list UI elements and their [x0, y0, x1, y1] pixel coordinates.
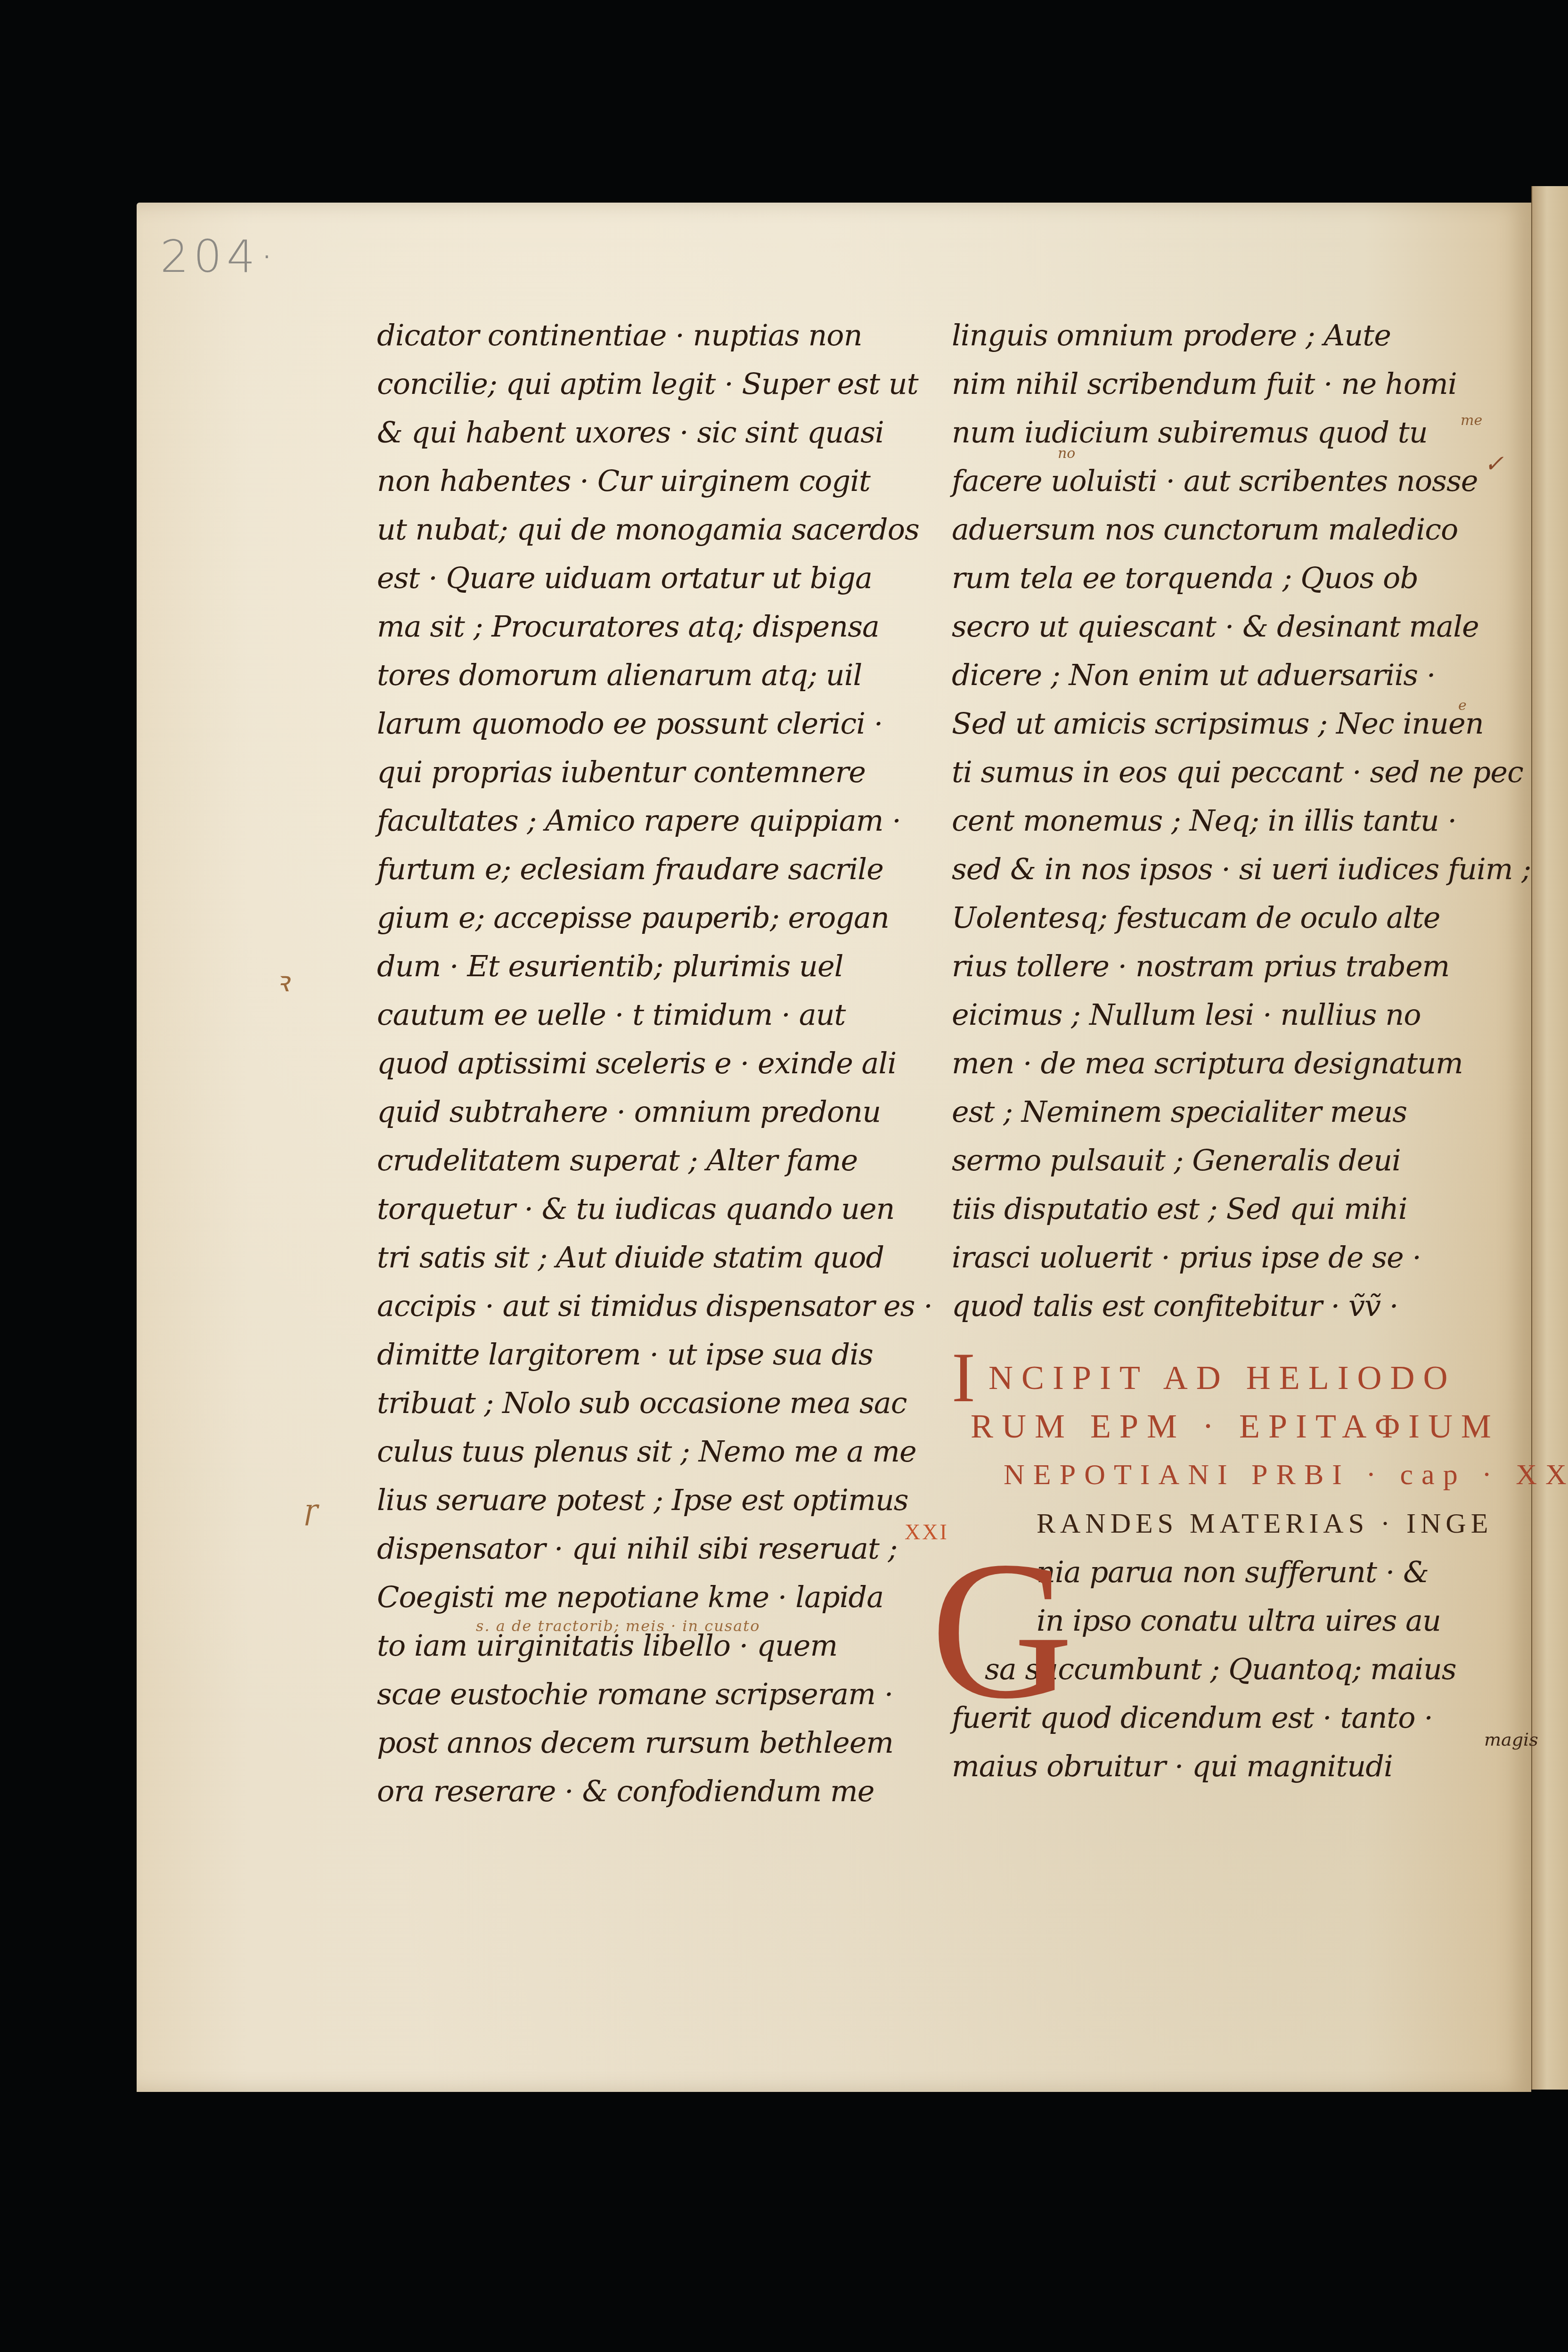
- spacer: [952, 1330, 1489, 1354]
- chapter-number-marginal: XXI: [905, 1519, 949, 1544]
- text-line: crudelitatem superat ; Alter fame: [377, 1136, 914, 1184]
- text-line: tribuat ; Nolo sub occasione mea sac: [377, 1379, 914, 1427]
- text-line: irasci uoluerit · prius ipse de se ·: [952, 1233, 1489, 1282]
- text-line: culus tuus plenus sit ; Nemo me a me: [377, 1427, 914, 1476]
- text-line: quod aptissimi sceleris e · exinde ali: [377, 1039, 914, 1087]
- marginal-note-magis: magis: [1484, 1729, 1538, 1750]
- text-line: ma sit ; Procuratores atq; dispensa: [377, 602, 914, 651]
- text-line: & qui habent uxores · sic sint quasi: [377, 408, 914, 457]
- text-line: larum quomodo ee possunt clerici ·: [377, 699, 914, 748]
- text-line: quod talis est confitebitur · ṽṽ ·: [952, 1282, 1489, 1330]
- text-line: sed & in nos ipsos · si ueri iudices fui…: [952, 845, 1489, 893]
- text-line: qui proprias iubentur contemnere: [377, 748, 914, 796]
- left-column: dicator continentiae · nuptias non conci…: [377, 311, 914, 1815]
- tick-mark-icon: ✓: [1484, 450, 1504, 477]
- text-line: num iudicium subiremus quod tu: [952, 408, 1489, 457]
- rubric-line-2: RUM EPM · EPITAΦIUM: [952, 1402, 1489, 1451]
- text-line: cautum ee uelle · t timidum · aut: [377, 990, 914, 1039]
- left-margin-mark: ꝛ: [276, 961, 289, 1000]
- text-line: dicator continentiae · nuptias non: [377, 311, 914, 359]
- text-line: aduersum nos cunctorum maledico: [952, 505, 1489, 554]
- text-line: scae eustochie romane scripseram ·: [377, 1670, 914, 1718]
- text-line: maius obruitur · qui magnitudi: [952, 1742, 1489, 1790]
- text-line: tri satis sit ; Aut diuide statim quod: [377, 1233, 914, 1282]
- text-line: rius tollere · nostram prius trabem: [952, 942, 1489, 990]
- decorated-initial-g: G: [931, 1531, 1073, 1729]
- text-line: dicere ; Non enim ut aduersariis ·: [952, 651, 1489, 699]
- interlinear-gloss: s. a de tractorib; meis · in cusato: [476, 1617, 760, 1635]
- superscript-correction: me: [1461, 412, 1482, 429]
- text-line: Coegisti me nepotiane kme · lapida: [377, 1573, 914, 1621]
- text-line: rum tela ee torquenda ; Quos ob: [952, 554, 1489, 602]
- text-line: men · de mea scriptura designatum: [952, 1039, 1489, 1087]
- text-line: accipis · aut si timidus dispensator es …: [377, 1282, 914, 1330]
- text-line: dispensator · qui nihil sibi reseruat ;: [377, 1524, 914, 1573]
- text-line: non habentes · Cur uirginem cogit: [377, 457, 914, 505]
- text-line: linguis omnium prodere ; Aute: [952, 311, 1489, 359]
- text-line: est ; Neminem specialiter meus: [952, 1087, 1489, 1136]
- text-line: tiis disputatio est ; Sed qui mihi: [952, 1184, 1489, 1233]
- text-line: cent monemus ; Neq; in illis tantu ·: [952, 796, 1489, 845]
- rubric-text: NCIPIT AD HELIODO: [988, 1359, 1456, 1396]
- rubric-line-3: NEPOTIANI PRBI · cap · XXI: [952, 1451, 1489, 1499]
- text-line: ora reserare · & confodiendum me: [377, 1767, 914, 1815]
- text-line: secro ut quiescant · & desinant male: [952, 602, 1489, 651]
- text-line: est · Quare uiduam ortatur ut biga: [377, 554, 914, 602]
- text-line: quid subtrahere · omnium predonu: [377, 1087, 914, 1136]
- text-line: Uolentesq; festucam de oculo alte: [952, 893, 1489, 942]
- text-line: ut nubat; qui de monogamia sacerdos: [377, 505, 914, 554]
- text-line: gium e; accepisse pauperib; erogan: [377, 893, 914, 942]
- text-line: eicimus ; Nullum lesi · nullius no: [952, 990, 1489, 1039]
- text-line: facultates ; Amico rapere quippiam ·: [377, 796, 914, 845]
- text-line: dimitte largitorem · ut ipse sua dis: [377, 1330, 914, 1379]
- text-line: ti sumus in eos qui peccant · sed ne pec: [952, 748, 1489, 796]
- text-line: torquetur · & tu iudicas quando uen: [377, 1184, 914, 1233]
- text-line: lius seruare potest ; Ipse est optimus: [377, 1476, 914, 1524]
- rubric-line-1: INCIPIT AD HELIODO: [952, 1354, 1489, 1402]
- next-leaf-edge: [1531, 186, 1568, 2090]
- text-line: dum · Et esurientib; plurimis uel: [377, 942, 914, 990]
- superscript-correction: e: [1458, 697, 1467, 714]
- text-line: facere uoluisti · aut scribentes nosse: [952, 457, 1489, 505]
- text-line: sermo pulsauit ; Generalis deui: [952, 1136, 1489, 1184]
- text-line: concilie; qui aptim legit · Super est ut: [377, 359, 914, 408]
- text-line: post annos decem rursum bethleem: [377, 1718, 914, 1767]
- text-line: nim nihil scribendum fuit · ne homi: [952, 359, 1489, 408]
- text-line: furtum e; eclesiam fraudare sacrile: [377, 845, 914, 893]
- superscript-correction: no: [1058, 445, 1075, 462]
- page-number: 204·: [160, 231, 279, 283]
- text-line: tores domorum alienarum atq; uil: [377, 651, 914, 699]
- left-margin-mark: ɼ: [304, 1494, 318, 1527]
- text-line: Sed ut amicis scripsimus ; Nec inuen: [952, 699, 1489, 748]
